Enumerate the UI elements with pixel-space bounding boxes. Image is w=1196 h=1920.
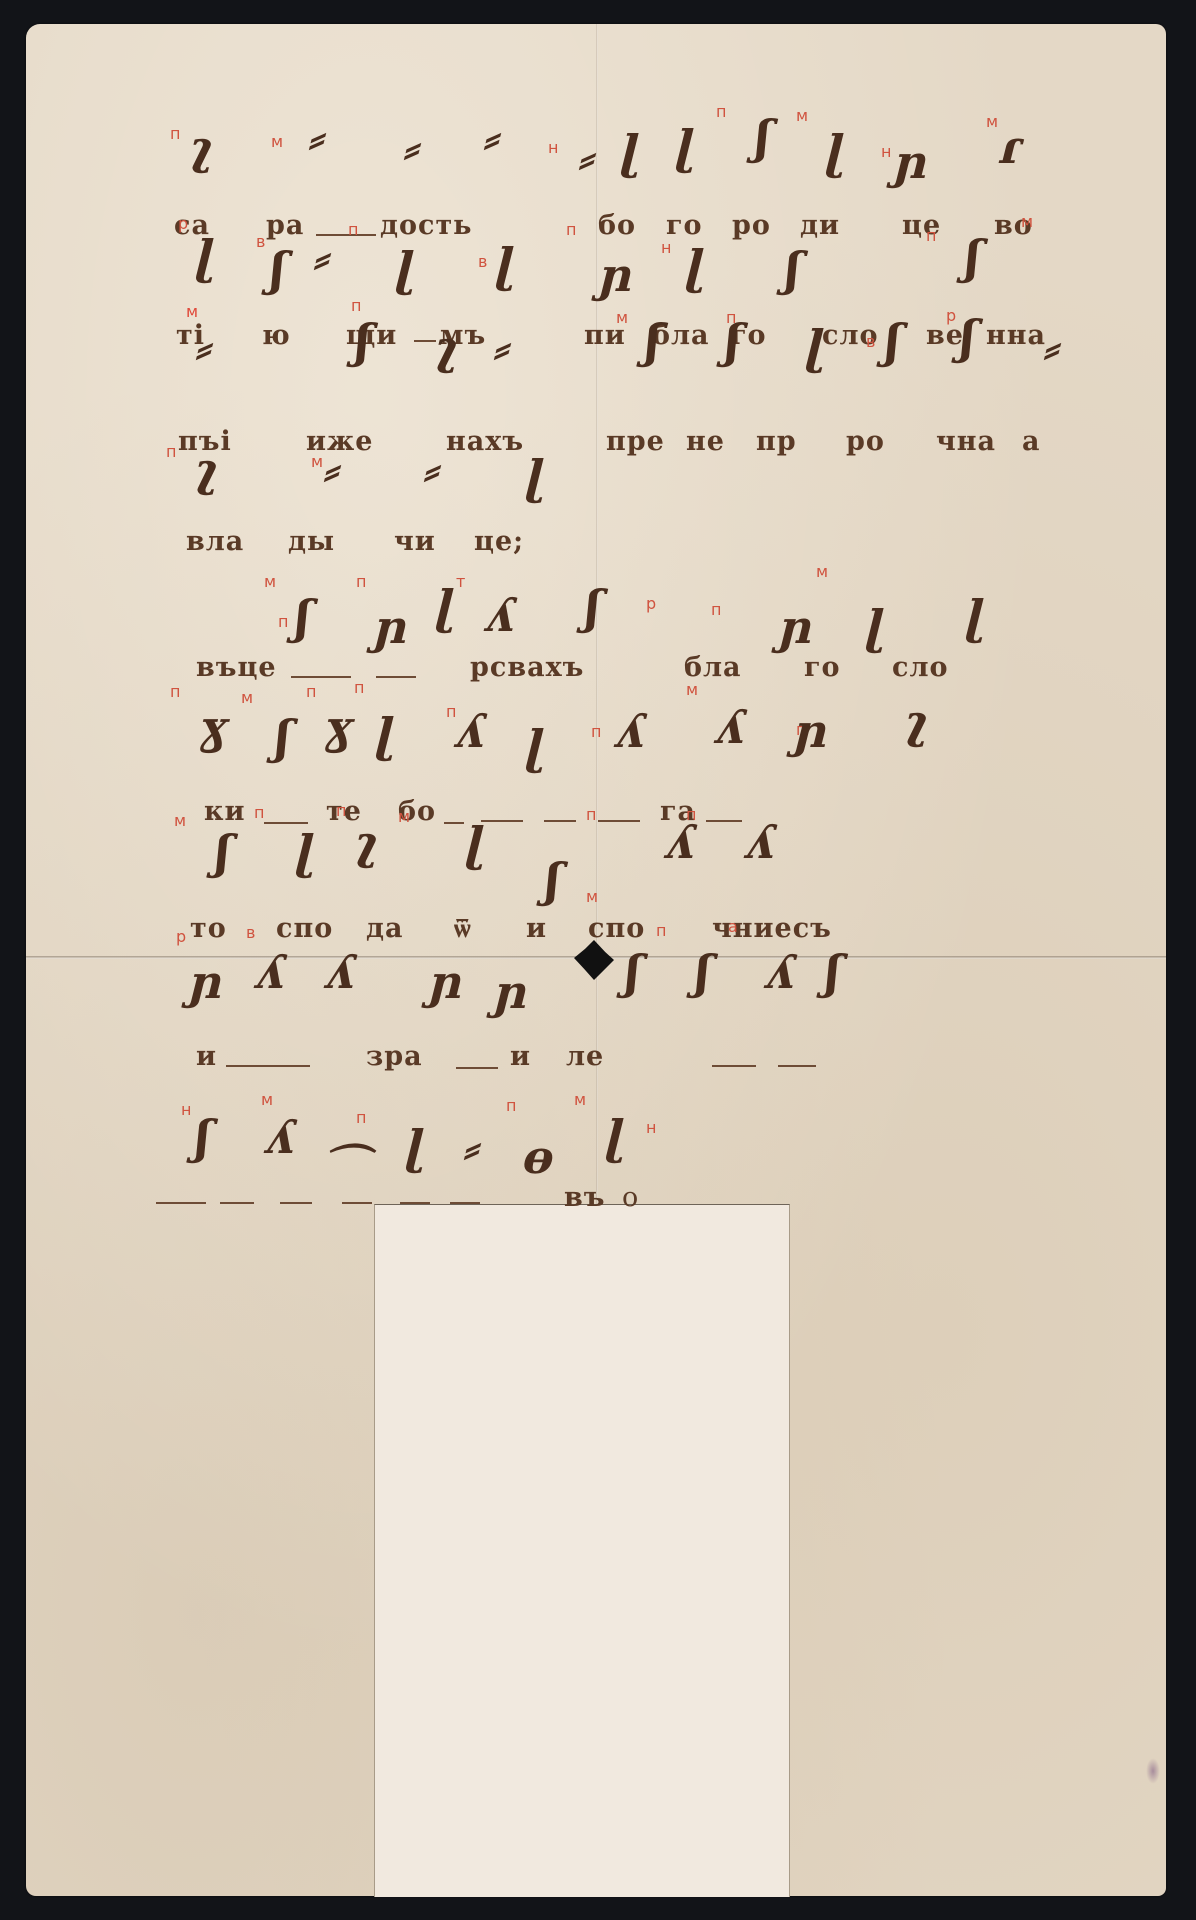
melisma-line	[400, 1202, 430, 1204]
cinnabar-mark: в	[866, 334, 875, 350]
cinnabar-mark: м	[398, 809, 410, 825]
syllable: спо	[588, 915, 645, 942]
syllable: въ	[564, 1184, 605, 1211]
melisma-line	[376, 676, 416, 678]
syllable: ра	[266, 212, 304, 239]
neume: ɭ	[670, 124, 699, 170]
cinnabar-mark: п	[356, 1110, 366, 1126]
lyrics-line-4: вла ды чи це;	[26, 528, 1166, 568]
cinnabar-mark: п	[926, 228, 936, 244]
neume: ɲ	[775, 604, 820, 650]
cinnabar-mark: н	[181, 1102, 191, 1118]
neume: ɲ	[790, 708, 835, 754]
cinnabar-mark: р	[946, 308, 956, 324]
cinnabar-mark: п	[351, 298, 361, 314]
neume: ʅ	[185, 124, 221, 170]
neume: ʃ	[780, 246, 807, 292]
neume: ⸗	[480, 114, 507, 160]
neume: ʃ	[265, 246, 292, 292]
syllable: ю	[262, 322, 291, 349]
syllable: чна	[936, 428, 996, 455]
syllable: спо	[276, 915, 333, 942]
neume: ɭ	[820, 129, 849, 175]
neume: ɭ	[370, 712, 399, 758]
syllable: ро	[732, 212, 771, 239]
neume: ɭ	[860, 604, 889, 650]
neume: ɣ	[320, 704, 359, 750]
neume: ɾ	[995, 124, 1027, 170]
melisma-line	[226, 1065, 310, 1067]
melisma-line	[156, 1202, 206, 1204]
syllable: це;	[474, 528, 524, 555]
neume: ⸗	[460, 1124, 487, 1170]
neume: ɲ	[890, 139, 935, 185]
syllable: то	[190, 915, 227, 942]
cinnabar-mark: п	[306, 684, 316, 700]
neume: ɭ	[600, 1114, 629, 1160]
neume: ʃ	[580, 584, 607, 630]
syllable: ды	[288, 528, 335, 555]
cinnabar-mark: п	[586, 807, 596, 823]
neume: ⸗	[305, 114, 332, 160]
cinnabar-mark: м	[574, 1092, 586, 1108]
neume: ʎ	[480, 592, 521, 638]
cinnabar-mark: м	[796, 108, 808, 124]
cinnabar-mark: п	[506, 1098, 516, 1114]
melisma-line	[778, 1065, 816, 1067]
neume: ɲ	[490, 969, 535, 1015]
lyrics-line-1: са ра дость бо го ро ди це во	[26, 212, 1166, 252]
cinnabar-mark: н	[881, 144, 891, 160]
syllable: ро	[846, 428, 885, 455]
cinnabar-mark: п	[591, 724, 601, 740]
neume: ɲ	[595, 252, 640, 298]
cinnabar-mark: п	[254, 805, 264, 821]
syllable: въце	[196, 654, 277, 681]
cinnabar-mark: м	[271, 134, 283, 150]
cinnabar-mark: м	[986, 114, 998, 130]
cinnabar-mark: а	[728, 919, 738, 935]
neume: ɣ	[195, 704, 234, 750]
cinnabar-mark: р	[178, 216, 188, 232]
cinnabar-mark: м	[816, 564, 828, 580]
cinnabar-mark: м	[1021, 214, 1033, 230]
cinnabar-mark: м	[311, 454, 323, 470]
syllable: пр	[756, 428, 797, 455]
paper-repair-patch	[374, 1204, 790, 1897]
cinnabar-mark: п	[170, 126, 180, 142]
cinnabar-mark: п	[354, 680, 364, 696]
neume: ɭ	[400, 1124, 429, 1170]
neume: ɵ	[518, 1134, 560, 1180]
cinnabar-mark: н	[548, 140, 558, 156]
cinnabar-mark: н	[661, 240, 671, 256]
syllable: го	[804, 654, 841, 681]
cinnabar-mark: м	[174, 813, 186, 829]
cinnabar-mark: м	[264, 574, 276, 590]
syllable: го	[666, 212, 703, 239]
syllable: не	[686, 428, 725, 455]
melisma-line	[220, 1202, 254, 1204]
cinnabar-mark: п	[170, 684, 180, 700]
cinnabar-mark: м	[616, 310, 628, 326]
neume: ɭ	[960, 594, 989, 640]
melisma-line	[280, 1202, 312, 1204]
cinnabar-mark: п	[711, 602, 721, 618]
neume: ʃ	[290, 594, 317, 640]
cinnabar-mark: р	[646, 596, 656, 612]
neume: ʃ	[540, 857, 567, 903]
cinnabar-mark: в	[478, 254, 487, 270]
melisma-line	[450, 1202, 480, 1204]
lyrics-line-7: то спо да ѿ и спо чниесъ	[26, 915, 1166, 955]
lyrics-line-5: въце рсвахъ бла го сло	[26, 654, 1166, 694]
cinnabar-mark: п	[348, 222, 358, 238]
neume: ɭ	[615, 129, 644, 175]
syllable: рсвахъ	[470, 654, 584, 681]
cinnabar-mark: п	[716, 104, 726, 120]
cinnabar-mark: н	[646, 1120, 656, 1136]
syllable: о	[622, 1184, 639, 1211]
neume: ʃ	[190, 1114, 217, 1160]
syllable: нахъ	[446, 428, 524, 455]
melisma-line	[444, 822, 464, 824]
cinnabar-mark: м	[186, 304, 198, 320]
neume: ⸗	[400, 124, 427, 170]
lyrics-line-8: и зра и ле	[26, 1043, 1166, 1083]
syllable: пре	[606, 428, 665, 455]
lyrics-line-9: въ о	[26, 1184, 1166, 1224]
cinnabar-mark: п	[278, 614, 288, 630]
neume: ʃ	[270, 714, 297, 760]
syllable: сло	[892, 654, 949, 681]
cinnabar-mark: м	[586, 889, 598, 905]
cinnabar-mark: р	[176, 929, 186, 945]
syllable: зра	[366, 1043, 423, 1070]
neume: ɲ	[185, 959, 230, 1005]
syllable: нна	[986, 322, 1046, 349]
cinnabar-mark: в	[256, 234, 265, 250]
syllable: бла	[684, 654, 742, 681]
cinnabar-mark: п	[336, 803, 346, 819]
syllable: ди	[800, 212, 840, 239]
syllable: и	[526, 915, 547, 942]
cinnabar-mark: м	[241, 690, 253, 706]
neume: ɭ	[390, 246, 419, 292]
manuscript-page: п м н п м н м ʅ ⸗ ⸗ ⸗ ⸗ ɭ ɭ ʃ ɭ ɲ ɾ са р…	[26, 24, 1166, 1896]
melisma-line	[342, 1202, 372, 1204]
melisma-line	[712, 1065, 756, 1067]
neume: ⸗	[575, 134, 602, 180]
syllable: ѿ	[454, 915, 472, 942]
neume: ʎ	[710, 704, 751, 750]
cinnabar-mark: п	[566, 222, 576, 238]
neume: ʎ	[260, 1114, 301, 1160]
cinnabar-mark: п	[656, 923, 666, 939]
syllable: бо	[598, 212, 636, 239]
syllable: а	[1022, 428, 1041, 455]
syllable: да	[366, 915, 404, 942]
neume: ɲ	[370, 604, 415, 650]
neume: ɲ	[425, 959, 470, 1005]
cinnabar-mark: в	[246, 925, 255, 941]
neume: ɭ	[520, 724, 549, 770]
cinnabar-mark: п	[166, 444, 176, 460]
melisma-line	[544, 820, 576, 822]
neume: ʅ	[900, 698, 936, 744]
syllable: дость	[380, 212, 473, 239]
syllable: чи	[394, 528, 436, 555]
melisma-line	[598, 820, 640, 822]
cinnabar-mark: м	[686, 682, 698, 698]
melisma-line	[456, 1067, 498, 1069]
melisma-line	[291, 676, 351, 678]
melisma-line	[264, 822, 308, 824]
syllable: ки	[204, 798, 246, 825]
neume: ʃ	[750, 114, 777, 160]
melisma-line	[414, 340, 436, 342]
cinnabar-mark: п	[446, 704, 456, 720]
neume: ɭ	[430, 584, 459, 630]
cinnabar-mark: п	[356, 574, 366, 590]
syllable: ле	[566, 1043, 604, 1070]
syllable: вла	[186, 528, 244, 555]
syllable: и	[510, 1043, 531, 1070]
melisma-line	[706, 820, 742, 822]
neume: ʎ	[610, 708, 651, 754]
cinnabar-mark: м	[261, 1092, 273, 1108]
library-stamp-mark	[1146, 1758, 1160, 1784]
syllable: и	[196, 1043, 217, 1070]
